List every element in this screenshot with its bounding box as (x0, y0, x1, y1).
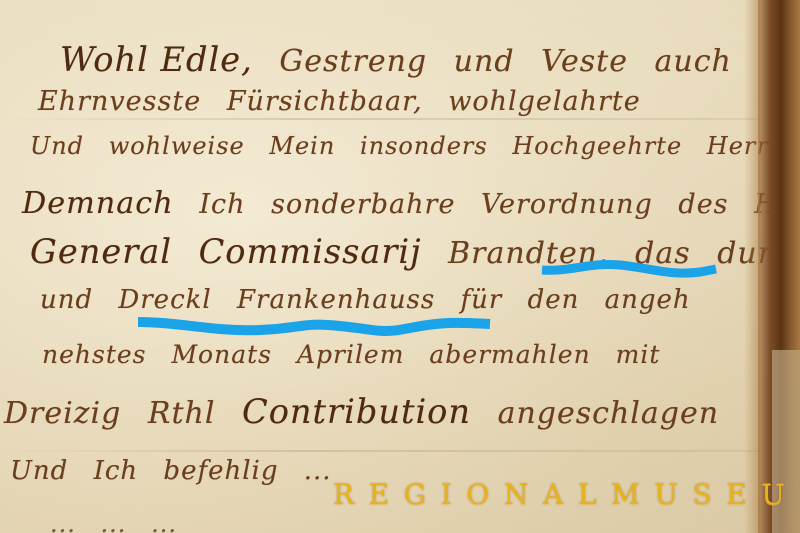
word: Ich (199, 189, 245, 220)
word: General (30, 232, 172, 271)
paper-crease (0, 450, 760, 452)
word: Und (10, 456, 68, 486)
word: angeschlagen (498, 396, 719, 431)
word: wohlgelahrte (448, 86, 641, 117)
word: Aprilem (297, 340, 405, 369)
word: den (528, 285, 580, 315)
paper-crease (0, 118, 760, 120)
museum-watermark: REGIONALMUSEUM (333, 478, 800, 511)
word: Commissarij (199, 232, 422, 271)
word: nehstes (42, 340, 147, 369)
word: für (461, 285, 503, 315)
word: auch (655, 44, 732, 79)
word: und (454, 44, 515, 79)
manuscript-line-5: General Commissarij Brandten, das dunkel (30, 232, 800, 271)
blue-underline-dreckl-frankenhauss (138, 322, 490, 331)
word: sonderbahre (271, 189, 455, 220)
word: Gestreng (279, 44, 427, 79)
word: insonders (360, 132, 488, 160)
manuscript-line-4: Demnach Ich sonderbahre Verordnung des H… (22, 186, 800, 221)
word: Monats (171, 340, 272, 369)
manuscript-line-10: ... ... ... (50, 510, 193, 533)
manuscript-page: Wohl Edle, Gestreng und Veste auch Ehrnv… (0, 0, 800, 533)
word: des (678, 189, 728, 220)
word: Mein (269, 132, 335, 160)
word: Dreizig (4, 396, 121, 431)
word: Contribution (242, 392, 471, 431)
word: befehlig (163, 456, 278, 486)
manuscript-line-1: Wohl Edle, Gestreng und Veste auch (60, 40, 748, 79)
word: ... (151, 510, 177, 533)
word: Ehrnvesste (38, 86, 201, 117)
word: ... (50, 510, 76, 533)
word: Veste (541, 44, 628, 79)
annotated-word: Frankenhauss (237, 285, 435, 315)
word: Verordnung (481, 189, 653, 220)
manuscript-line-2: Ehrnvesste Fürsichtbaar, wohlgelahrte (38, 86, 657, 117)
word: abermahlen (429, 340, 590, 369)
word: wohlweise (109, 132, 245, 160)
annotated-word: Dreckl (118, 285, 211, 315)
manuscript-line-6: und Dreckl Frankenhauss für den angeh (40, 285, 707, 315)
word: Rthl (148, 396, 216, 431)
word: Hochgeehrte (512, 132, 682, 160)
word: Wohl Edle, (60, 40, 253, 79)
word: Demnach (22, 186, 174, 221)
word: Fürsichtbaar, (227, 86, 423, 117)
word: Brandten, (448, 236, 608, 271)
manuscript-line-3: Und wohlweise Mein insonders Hochgeehrte… (30, 132, 785, 160)
word: ... (304, 456, 332, 486)
annotated-word: das (635, 236, 691, 271)
manuscript-line-9: Und Ich befehlig ... (10, 456, 348, 486)
word: mit (616, 340, 661, 369)
manuscript-line-7: nehstes Monats Aprilem abermahlen mit (42, 340, 676, 369)
word: angeh (605, 285, 691, 315)
word: Ich (94, 456, 139, 486)
manuscript-line-8: Dreizig Rthl Contribution angeschlagen (4, 392, 735, 431)
word: ... (101, 510, 127, 533)
word: Und (30, 132, 84, 160)
word: und (40, 285, 93, 315)
